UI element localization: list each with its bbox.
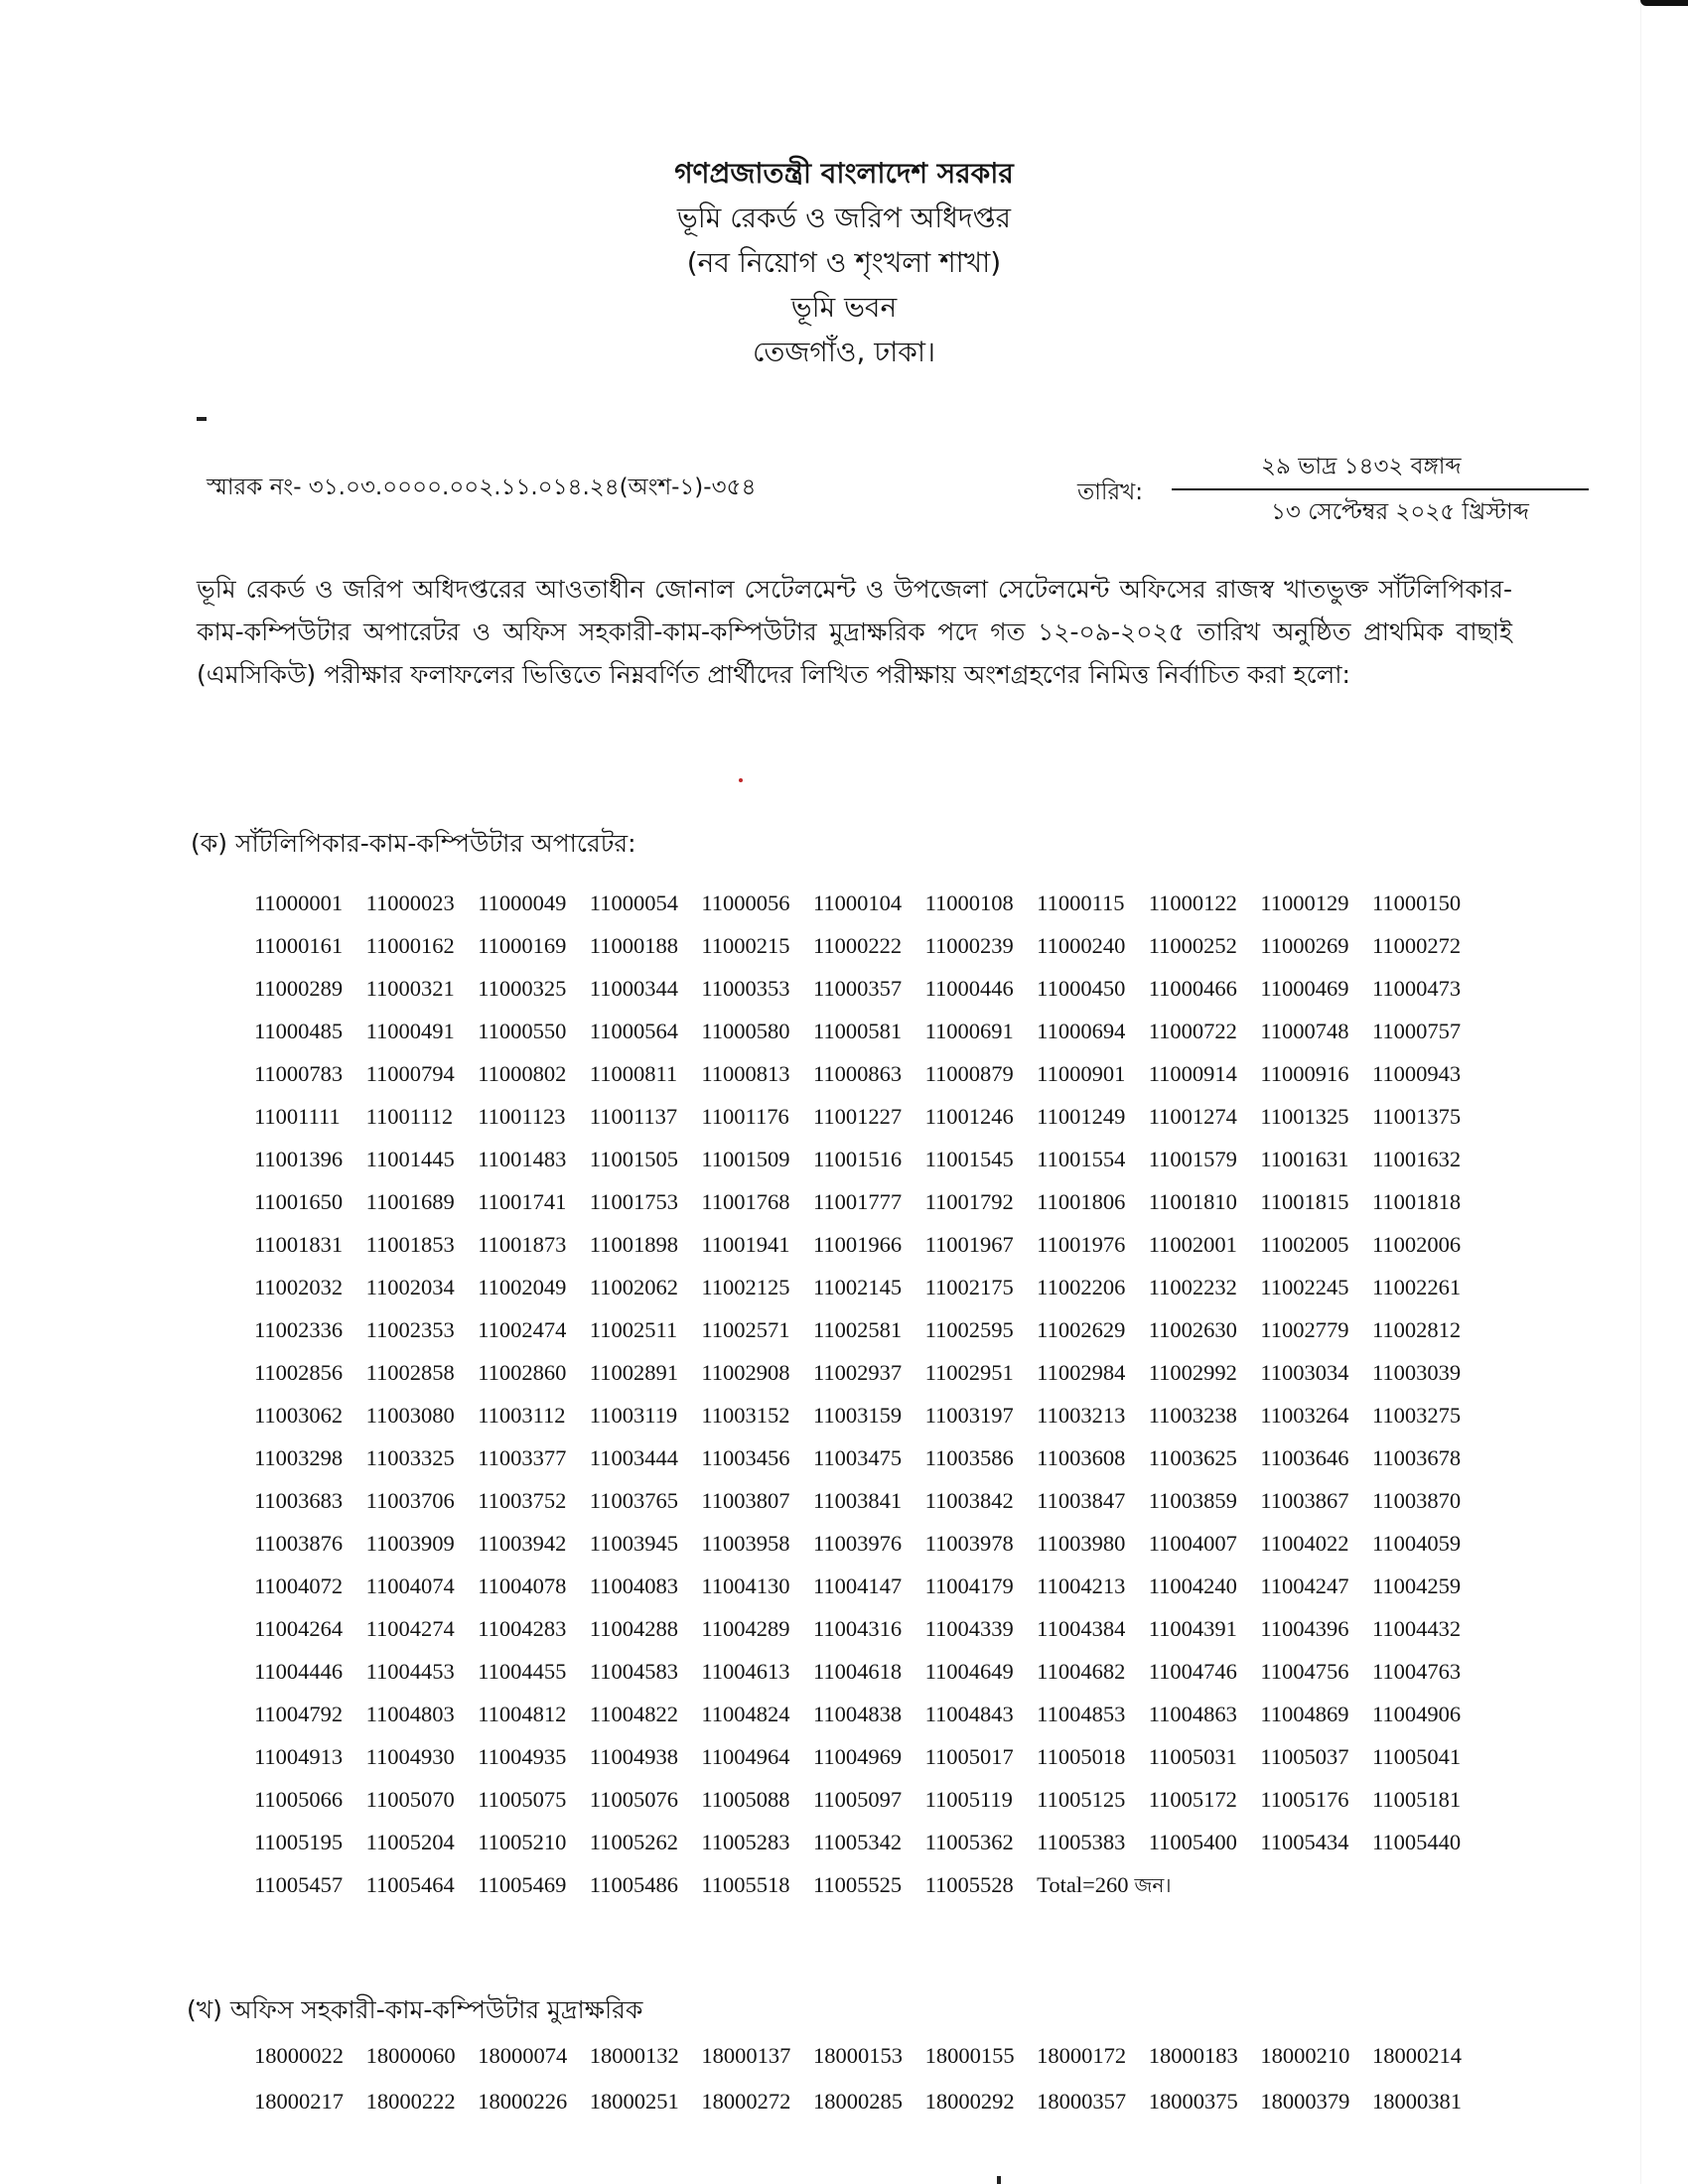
roll-number: 11002511 [590, 1308, 702, 1351]
roll-number: 11001898 [590, 1223, 702, 1266]
roll-number: 11005464 [366, 1863, 479, 1906]
roll-number: 11000491 [366, 1010, 479, 1052]
roll-number: 11001753 [590, 1180, 702, 1223]
roll-number: 11003765 [590, 1479, 702, 1522]
roll-number: 11004455 [478, 1650, 590, 1693]
roll-number: 11004964 [701, 1735, 813, 1778]
roll-number: 18000292 [925, 2079, 1038, 2124]
roll-number: 11004853 [1037, 1693, 1149, 1735]
roll-number: 11005176 [1260, 1778, 1372, 1821]
roll-number: 11002006 [1372, 1223, 1484, 1266]
roll-number: 11000794 [366, 1052, 479, 1095]
stray-dash-mark [197, 417, 207, 421]
roll-number: 11005195 [254, 1821, 366, 1863]
roll-number: 11001815 [1260, 1180, 1372, 1223]
roll-number: 11001806 [1037, 1180, 1149, 1223]
roll-number: 11000783 [254, 1052, 366, 1095]
roll-number: 11005125 [1037, 1778, 1149, 1821]
roll-number: 11004074 [366, 1565, 479, 1607]
roll-number: 11003608 [1037, 1436, 1149, 1479]
roll-number: 11001246 [925, 1095, 1038, 1138]
roll-number: 18000137 [701, 2033, 813, 2079]
roll-row: 1100111111001112110011231100113711001176… [254, 1095, 1485, 1138]
roll-number: 11000001 [254, 882, 366, 924]
roll-number: 11003807 [701, 1479, 813, 1522]
roll-row: 1100000111000023110000491100005411000056… [254, 882, 1485, 924]
roll-row: 1100078311000794110008021100081111000813… [254, 1052, 1485, 1095]
building-name: ভূমি ভবন [0, 285, 1688, 330]
roll-number: 11000811 [590, 1052, 702, 1095]
roll-number: 11004756 [1260, 1650, 1372, 1693]
roll-number: 11003909 [366, 1522, 479, 1565]
roll-number: 11002937 [813, 1351, 925, 1394]
roll-row: 1100519511005204110052101100526211005283… [254, 1821, 1485, 1863]
roll-number: 11001777 [813, 1180, 925, 1223]
roll-number: 11001505 [590, 1138, 702, 1180]
roll-row: 1100165011001689110017411100175311001768… [254, 1180, 1485, 1223]
roll-number: 11001545 [925, 1138, 1038, 1180]
roll-number: 11000115 [1037, 882, 1149, 924]
roll-number: 11004812 [478, 1693, 590, 1735]
roll-number: 11000049 [478, 882, 590, 924]
roll-number: 11002630 [1149, 1308, 1261, 1351]
roll-number: 11003867 [1260, 1479, 1372, 1522]
roll-number: 11004822 [590, 1693, 702, 1735]
roll-number: 11004259 [1372, 1565, 1484, 1607]
roll-number: 11002581 [813, 1308, 925, 1351]
roll-number: 18000022 [254, 2033, 366, 2079]
roll-number: 11001941 [701, 1223, 813, 1266]
roll-number: 11004264 [254, 1607, 366, 1650]
roll-number: 11005204 [366, 1821, 479, 1863]
roll-number: 11000188 [590, 924, 702, 967]
roll-number: 11005342 [813, 1821, 925, 1863]
roll-number: 11001768 [701, 1180, 813, 1223]
roll-number: 11003475 [813, 1436, 925, 1479]
roll-number: 11003377 [478, 1436, 590, 1479]
roll-row: 1100048511000491110005501100056411000580… [254, 1010, 1485, 1052]
roll-number: 11002992 [1149, 1351, 1261, 1394]
roll-number: 11001516 [813, 1138, 925, 1180]
roll-number: 11000901 [1037, 1052, 1149, 1095]
notice-paragraph: ভূমি রেকর্ড ও জরিপ অধিদপ্তরের আওতাধীন জো… [197, 568, 1512, 696]
date-fraction: ২৯ ভাদ্র ১৪৩২ বঙ্গাব্দ ১৩ সেপ্টেম্বর ২০২… [1172, 447, 1589, 532]
roll-number: 11003978 [925, 1522, 1038, 1565]
roll-number: 11001976 [1037, 1223, 1149, 1266]
roll-number: 11002984 [1037, 1351, 1149, 1394]
roll-number: 11004078 [478, 1565, 590, 1607]
roll-number: 11000150 [1372, 882, 1484, 924]
roll-number: 11004792 [254, 1693, 366, 1735]
roll-number: 11005362 [925, 1821, 1038, 1863]
roll-number: 11004007 [1149, 1522, 1261, 1565]
roll-number: 11000473 [1372, 967, 1484, 1010]
roll-row: 1100426411004274110042831100428811004289… [254, 1607, 1485, 1650]
roll-number: 11005210 [478, 1821, 590, 1863]
roll-number: 18000357 [1037, 2079, 1149, 2124]
roll-number: 11001325 [1260, 1095, 1372, 1138]
roll-number: 11003325 [366, 1436, 479, 1479]
roll-number: 18000210 [1260, 2033, 1372, 2079]
roll-number: 11000161 [254, 924, 366, 967]
section-b-title: (খ) অফিস সহকারী-কাম-কম্পিউটার মুদ্রাক্ষর… [187, 1990, 642, 2033]
total-count: Total=260জন। [1037, 1863, 1171, 1907]
roll-number: 11004384 [1037, 1607, 1149, 1650]
roll-number: 11004130 [701, 1565, 813, 1607]
roll-number: 11004391 [1149, 1607, 1261, 1650]
roll-number: 11002571 [701, 1308, 813, 1351]
roll-number: 11000222 [813, 924, 925, 967]
roll-number: 11002856 [254, 1351, 366, 1394]
branch-name: (নব নিয়োগ ও শৃংখলা শাখা) [0, 240, 1688, 285]
roll-number: 11003625 [1149, 1436, 1261, 1479]
roll-number: 11000240 [1037, 924, 1149, 967]
roll-number: 11001445 [366, 1138, 479, 1180]
roll-number: 11004649 [925, 1650, 1038, 1693]
roll-number: 11001249 [1037, 1095, 1149, 1138]
roll-number: 11004838 [813, 1693, 925, 1735]
roll-number: 11005262 [590, 1821, 702, 1863]
roll-row: 1100306211003080110031121100311911003152… [254, 1394, 1485, 1436]
roll-number: 11001632 [1372, 1138, 1484, 1180]
roll-row: 1100139611001445110014831100150511001509… [254, 1138, 1485, 1180]
roll-number: 11001176 [701, 1095, 813, 1138]
roll-row: 1100183111001853110018731100189811001941… [254, 1223, 1485, 1266]
roll-number: 11004863 [1149, 1693, 1261, 1735]
roll-number: 11003456 [701, 1436, 813, 1479]
roll-number: 11002858 [366, 1351, 479, 1394]
roll-number: 11004179 [925, 1565, 1038, 1607]
roll-number: 11004969 [813, 1735, 925, 1778]
roll-number: 11000054 [590, 882, 702, 924]
roll-number: 11005066 [254, 1778, 366, 1821]
roll-number: 11005400 [1149, 1821, 1261, 1863]
roll-number: 11001554 [1037, 1138, 1149, 1180]
roll-number: 11004613 [701, 1650, 813, 1693]
roll-number: 11003942 [478, 1522, 590, 1565]
roll-number: 11003444 [590, 1436, 702, 1479]
roll-number: 11003841 [813, 1479, 925, 1522]
roll-number: 11004274 [366, 1607, 479, 1650]
roll-number: 11000581 [813, 1010, 925, 1052]
roll-number: 11004446 [254, 1650, 366, 1693]
roll-number: 11004083 [590, 1565, 702, 1607]
roll-number: 11005518 [701, 1863, 813, 1906]
roll-row: 1100203211002034110020491100206211002125… [254, 1266, 1485, 1308]
roll-number: 11003586 [925, 1436, 1038, 1479]
roll-number: 11001123 [478, 1095, 590, 1138]
date-divider [1172, 488, 1589, 490]
roll-number: 11005283 [701, 1821, 813, 1863]
roll-number: 11001741 [478, 1180, 590, 1223]
roll-number: 11000813 [701, 1052, 813, 1095]
roll-number: 11000916 [1260, 1052, 1372, 1095]
roll-number: 11002336 [254, 1308, 366, 1351]
roll-number: 18000226 [478, 2079, 590, 2124]
roll-number: 11003238 [1149, 1394, 1261, 1436]
roll-number: 11004059 [1372, 1522, 1484, 1565]
roll-number: 18000060 [366, 2033, 479, 2079]
roll-number: 18000217 [254, 2079, 366, 2124]
roll-number: 11004339 [925, 1607, 1038, 1650]
roll-row: 1100545711005464110054691100548611005518… [254, 1863, 1485, 1907]
roll-number: 11000694 [1037, 1010, 1149, 1052]
roll-number: 11004453 [366, 1650, 479, 1693]
roll-number: 11002206 [1037, 1266, 1149, 1308]
roll-number: 11002860 [478, 1351, 590, 1394]
roll-number: 11001966 [813, 1223, 925, 1266]
roll-number: 11001483 [478, 1138, 590, 1180]
roll-number: 18000375 [1149, 2079, 1261, 2124]
roll-number: 11004247 [1260, 1565, 1372, 1607]
roll-row: 1100285611002858110028601100289111002908… [254, 1351, 1485, 1394]
roll-number: 11001227 [813, 1095, 925, 1138]
roll-number: 11002245 [1260, 1266, 1372, 1308]
roll-number: 11003275 [1372, 1394, 1484, 1436]
roll-number: 11005528 [925, 1863, 1038, 1906]
date-gregorian: ১৩ সেপ্টেম্বর ২০২৫ খ্রিস্টাব্দ [1172, 492, 1589, 532]
roll-number: 11000215 [701, 924, 813, 967]
roll-number: 11000485 [254, 1010, 366, 1052]
roll-number: 11004913 [254, 1735, 366, 1778]
roll-number: 11005525 [813, 1863, 925, 1906]
roll-row: 1100407211004074110040781100408311004130… [254, 1565, 1485, 1607]
roll-number: 11004147 [813, 1565, 925, 1607]
roll-number: 11002145 [813, 1266, 925, 1308]
department-name: ভূমি রেকর্ড ও জরিপ অধিদপ্তর [0, 196, 1688, 240]
roll-number: 11005018 [1037, 1735, 1149, 1778]
roll-number: 11005434 [1260, 1821, 1372, 1863]
section-a-title: (ক) সাঁটলিপিকার-কাম-কম্পিউটার অপারেটর: [191, 824, 636, 867]
roll-number: 11000108 [925, 882, 1038, 924]
roll-number: 11001137 [590, 1095, 702, 1138]
roll-number: 11003706 [366, 1479, 479, 1522]
roll-number: 11002001 [1149, 1223, 1261, 1266]
roll-number: 11003678 [1372, 1436, 1484, 1479]
roll-number: 11002779 [1260, 1308, 1372, 1351]
roll-number: 11000446 [925, 967, 1038, 1010]
roll-number: 11005075 [478, 1778, 590, 1821]
roll-number: 11004213 [1037, 1565, 1149, 1607]
address: তেজগাঁও, ঢাকা। [0, 330, 1688, 374]
roll-number: 11005070 [366, 1778, 479, 1821]
roll-number: 11001689 [366, 1180, 479, 1223]
roll-number: 11005457 [254, 1863, 366, 1906]
roll-number: 11002908 [701, 1351, 813, 1394]
roll-number: 11005017 [925, 1735, 1038, 1778]
roll-number: 11005383 [1037, 1821, 1149, 1863]
roll-number: 11000580 [701, 1010, 813, 1052]
roll-number: 11004618 [813, 1650, 925, 1693]
roll-number: 11001631 [1260, 1138, 1372, 1180]
roll-number: 18000153 [813, 2033, 925, 2079]
roll-number: 11003197 [925, 1394, 1038, 1436]
roll-number: 11000802 [478, 1052, 590, 1095]
roll-number: 11000344 [590, 967, 702, 1010]
roll-row: 1100444611004453110044551100458311004613… [254, 1650, 1485, 1693]
roll-number: 11000914 [1149, 1052, 1261, 1095]
roll-number: 11000169 [478, 924, 590, 967]
roll-number: 18000155 [925, 2033, 1038, 2079]
roll-number: 11003112 [478, 1394, 590, 1436]
roll-number: 18000214 [1372, 2033, 1484, 2079]
roll-number: 11004869 [1260, 1693, 1372, 1735]
total-label: Total=260 [1037, 1872, 1128, 1897]
government-name: গণপ্রজাতন্ত্রী বাংলাদেশ সরকার [0, 151, 1688, 196]
roll-number: 11000129 [1260, 882, 1372, 924]
roll-number: 11002175 [925, 1266, 1038, 1308]
roll-number: 18000074 [478, 2033, 590, 2079]
roll-row: 1100491311004930110049351100493811004964… [254, 1735, 1485, 1778]
roll-number: 11004803 [366, 1693, 479, 1735]
roll-number: 11000023 [366, 882, 479, 924]
roll-number: 11001810 [1149, 1180, 1261, 1223]
roll-number: 11003298 [254, 1436, 366, 1479]
roll-number: 11004763 [1372, 1650, 1484, 1693]
roll-row: 1100329811003325110033771100344411003456… [254, 1436, 1485, 1479]
roll-number: 11001873 [478, 1223, 590, 1266]
red-ink-dot [739, 778, 743, 782]
roll-number: 11002005 [1260, 1223, 1372, 1266]
roll-number: 11003683 [254, 1479, 366, 1522]
roll-number: 11003152 [701, 1394, 813, 1436]
roll-number: 11005469 [478, 1863, 590, 1906]
roll-number: 11005119 [925, 1778, 1038, 1821]
roll-number: 11002261 [1372, 1266, 1484, 1308]
roll-number: 11004240 [1149, 1565, 1261, 1607]
roll-number: 11001111 [254, 1095, 366, 1138]
roll-number: 11003976 [813, 1522, 925, 1565]
roll-number: 11000104 [813, 882, 925, 924]
roll-number: 11001792 [925, 1180, 1038, 1223]
roll-number: 11004396 [1260, 1607, 1372, 1650]
roll-number: 18000379 [1260, 2079, 1372, 2124]
roll-number: 11004432 [1372, 1607, 1484, 1650]
roll-number: 11002353 [366, 1308, 479, 1351]
roll-number: 11003119 [590, 1394, 702, 1436]
roll-number: 11004583 [590, 1650, 702, 1693]
roll-number: 11004906 [1372, 1693, 1484, 1735]
roll-number: 11004824 [701, 1693, 813, 1735]
roll-number: 11005181 [1372, 1778, 1484, 1821]
roll-number: 11002812 [1372, 1308, 1484, 1351]
roll-number: 11003646 [1260, 1436, 1372, 1479]
roll-number: 11003080 [366, 1394, 479, 1436]
roll-number: 11002049 [478, 1266, 590, 1308]
roll-number: 11002062 [590, 1266, 702, 1308]
roll-number: 11000722 [1149, 1010, 1261, 1052]
roll-number: 11001967 [925, 1223, 1038, 1266]
roll-number: 11002032 [254, 1266, 366, 1308]
roll-number: 11000564 [590, 1010, 702, 1052]
roll-row: 1100028911000321110003251100034411000353… [254, 967, 1485, 1010]
roll-number: 11001396 [254, 1138, 366, 1180]
roll-number: 11002595 [925, 1308, 1038, 1351]
roll-number: 11000269 [1260, 924, 1372, 967]
page-mark [997, 2176, 1001, 2184]
roll-number: 11005031 [1149, 1735, 1261, 1778]
roll-number: 11005486 [590, 1863, 702, 1906]
roll-number: 11004288 [590, 1607, 702, 1650]
roll-number: 11000289 [254, 967, 366, 1010]
roll-row: 1100387611003909110039421100394511003958… [254, 1522, 1485, 1565]
roll-number: 11000466 [1149, 967, 1261, 1010]
roll-number: 11003876 [254, 1522, 366, 1565]
section-a-roll-list: 1100000111000023110000491100005411000056… [254, 882, 1485, 1907]
roll-row: 1100233611002353110024741100251111002571… [254, 1308, 1485, 1351]
notice-body: ভূমি রেকর্ড ও জরিপ অধিদপ্তরের আওতাধীন জো… [197, 568, 1512, 696]
roll-number: 11003859 [1149, 1479, 1261, 1522]
roll-number: 11000450 [1037, 967, 1149, 1010]
total-suffix: জন। [1135, 1873, 1172, 1897]
roll-row: 1100479211004803110048121100482211004824… [254, 1693, 1485, 1735]
roll-number: 11000321 [366, 967, 479, 1010]
roll-number: 11005440 [1372, 1821, 1484, 1863]
roll-number: 11003958 [701, 1522, 813, 1565]
roll-number: 11000943 [1372, 1052, 1484, 1095]
roll-number: 11003842 [925, 1479, 1038, 1522]
roll-number: 18000272 [701, 2079, 813, 2124]
roll-row: 1100506611005070110050751100507611005088… [254, 1778, 1485, 1821]
roll-number: 11001509 [701, 1138, 813, 1180]
roll-number: 18000222 [366, 2079, 479, 2124]
roll-number: 11001375 [1372, 1095, 1484, 1138]
roll-number: 11000757 [1372, 1010, 1484, 1052]
roll-number: 11000325 [478, 967, 590, 1010]
roll-row: 1800021718000222180002261800025118000272… [254, 2079, 1485, 2124]
roll-number: 11004935 [478, 1735, 590, 1778]
roll-number: 11003213 [1037, 1394, 1149, 1436]
roll-number: 11005037 [1260, 1735, 1372, 1778]
roll-number: 11003870 [1372, 1479, 1484, 1522]
roll-number: 11003752 [478, 1479, 590, 1522]
roll-number: 11003264 [1260, 1394, 1372, 1436]
roll-number: 11000353 [701, 967, 813, 1010]
roll-number: 11000239 [925, 924, 1038, 967]
roll-number: 11001831 [254, 1223, 366, 1266]
roll-number: 11000357 [813, 967, 925, 1010]
memo-number: স্মারক নং- ৩১.০৩.০০০০.০০২.১১.০১৪.২৪(অংশ-… [207, 469, 756, 507]
roll-number: 11000863 [813, 1052, 925, 1095]
roll-number: 11003980 [1037, 1522, 1149, 1565]
roll-number: 11000469 [1260, 967, 1372, 1010]
roll-number: 11004316 [813, 1607, 925, 1650]
roll-number: 11002034 [366, 1266, 479, 1308]
roll-number: 11001579 [1149, 1138, 1261, 1180]
roll-number: 11000162 [366, 924, 479, 967]
roll-number: 18000132 [590, 2033, 702, 2079]
roll-number: 11004938 [590, 1735, 702, 1778]
roll-number: 11004289 [701, 1607, 813, 1650]
roll-number: 11001274 [1149, 1095, 1261, 1138]
roll-number: 11005088 [701, 1778, 813, 1821]
roll-number: 11004746 [1149, 1650, 1261, 1693]
roll-number: 11000272 [1372, 924, 1484, 967]
roll-number: 11005076 [590, 1778, 702, 1821]
roll-number: 11000122 [1149, 882, 1261, 924]
roll-number: 11005097 [813, 1778, 925, 1821]
roll-number: 11004930 [366, 1735, 479, 1778]
roll-number: 11000056 [701, 882, 813, 924]
roll-number: 11001853 [366, 1223, 479, 1266]
roll-number: 11000879 [925, 1052, 1038, 1095]
roll-number: 11002951 [925, 1351, 1038, 1394]
roll-number: 11003034 [1260, 1351, 1372, 1394]
roll-number: 11001650 [254, 1180, 366, 1223]
roll-number: 11000252 [1149, 924, 1261, 967]
roll-number: 11002629 [1037, 1308, 1149, 1351]
roll-number: 18000172 [1037, 2033, 1149, 2079]
